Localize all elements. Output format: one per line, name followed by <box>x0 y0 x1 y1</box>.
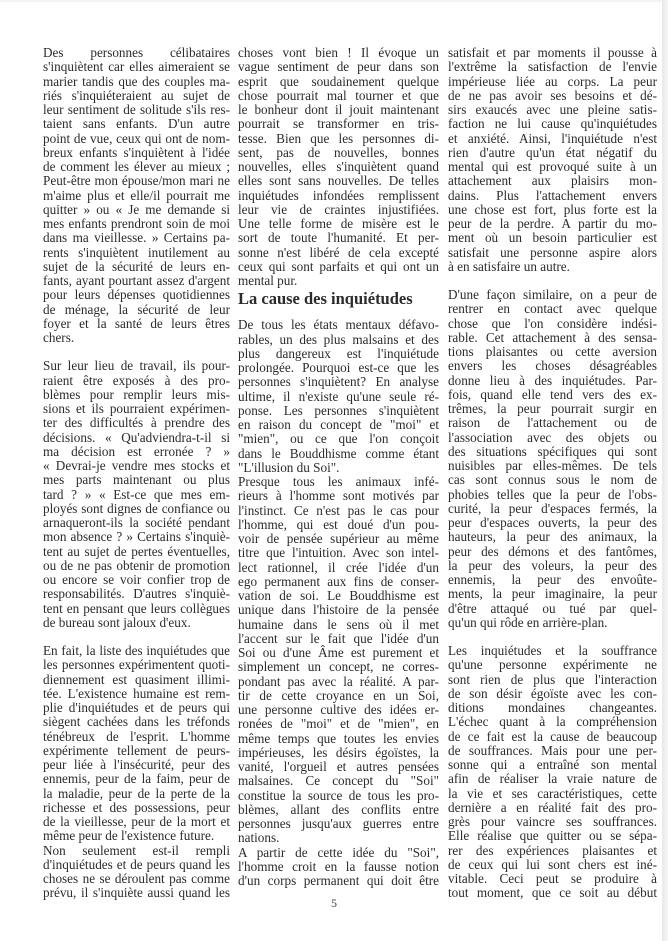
text-line: vague sentiment de peur dans son <box>238 60 439 74</box>
text-line: la vie et ses caractéristiques, cette <box>448 787 657 801</box>
text-line: vitable. Ceci peut se produire à <box>448 872 657 886</box>
text-line: raient être exposés à des pro- <box>43 374 230 388</box>
text-line: le bonheur dont il jouit maintenant <box>238 103 439 117</box>
text-line: ou encore se voir confier trop de <box>43 573 230 587</box>
text-line: ma décision est erronée ? » <box>43 445 230 459</box>
text-line: même temps que toutes les envies <box>238 732 439 746</box>
paragraph-spacer <box>448 274 657 288</box>
text-line: pour leurs dépenses quotidiennes <box>43 288 230 302</box>
text-line: arnaqueront-ils la société pendant <box>43 516 230 530</box>
text-line: chose pourrait mal tourner et que <box>238 89 439 103</box>
text-line: En fait, la liste des inquiétudes que <box>43 644 230 658</box>
text-line: Soi ou d'une Âme est purement et <box>238 646 439 660</box>
text-line: phobies telles que la peur de l'obs- <box>448 488 657 502</box>
text-line: prolongée. Pourquoi est-ce que les <box>238 361 439 375</box>
text-line: à en satisfaire un autre. <box>448 260 657 274</box>
text-line: mes parts maintenant ou plus <box>43 473 230 487</box>
text-line: A partir de cette idée du "Soi", <box>238 846 439 860</box>
text-line: breux enfants s'inquiètent à l'idée <box>43 146 230 160</box>
text-line: la peur des voleurs, la peur des <box>448 559 657 573</box>
text-line: Sur leur lieu de travail, ils pour- <box>43 359 230 373</box>
text-line: choses ne se déroulent pas comme <box>43 872 230 886</box>
text-line: tée. L'existence humaine est rem- <box>43 687 230 701</box>
text-line: fants, ayant pourtant assez d'argent <box>43 274 230 288</box>
text-line: blèmes pour remplir leurs mis- <box>43 388 230 402</box>
paragraph: Sur leur lieu de travail, ils pour-raien… <box>43 359 230 630</box>
text-line: point de vue, ceux qui ont de nom- <box>43 132 230 146</box>
text-line: la maladie, peur de la perte de la <box>43 787 230 801</box>
text-line: rieurs à l'homme sont motivés par <box>238 489 439 503</box>
text-line: en raison du concept de "moi" et <box>238 418 439 432</box>
text-line: expérimente tellement de peurs- <box>43 744 230 758</box>
text-line: les personnes expérimentent quoti- <box>43 658 230 672</box>
text-line: unique dans l'histoire de la pensée <box>238 603 439 617</box>
text-line: peur d'espaces ouverts, la peur des <box>448 516 657 530</box>
text-line: tesse. Bien que les personnes di- <box>238 132 439 146</box>
text-line: choses vont bien ! Il évoque un <box>238 46 439 60</box>
page-number: 5 <box>0 896 668 911</box>
text-line: ceux qui sont parfaits et qui ont un <box>238 260 439 274</box>
text-line: s'inquiètent car elles aimeraient se <box>43 60 230 74</box>
text-line: mon absence ? » Certains s'inquiè- <box>43 530 230 544</box>
text-line: ennemis, la peur des envoûte- <box>448 573 657 587</box>
text-line: nations. <box>238 831 439 845</box>
text-line: Elle réalise que quitter ou se sépa- <box>448 829 657 843</box>
text-line: De tous les états mentaux défavo- <box>238 318 439 332</box>
page-right-edge <box>662 0 668 941</box>
paragraph: satisfait et par moments il pousse àl'ex… <box>448 46 657 274</box>
text-line: taient sans enfants. D'un autre <box>43 117 230 131</box>
text-line: peur des démons et des fantômes, <box>448 545 657 559</box>
text-line: d'être attaqué ou tué par quel- <box>448 602 657 616</box>
text-line: mes enfants prendront soin de moi <box>43 217 230 231</box>
text-line: chers. <box>43 331 230 345</box>
paragraph: Les inquiétudes et la souffrancequ'une p… <box>448 644 657 901</box>
text-line: d'inquiétudes et de peurs quand les <box>43 858 230 872</box>
text-line: titre que l'intuition. Avec son intel- <box>238 546 439 560</box>
text-line: peur de la perdre. A partir du mo- <box>448 217 657 231</box>
paragraph-spacer <box>448 630 657 644</box>
text-line: leur sentiment de solitude s'ils res- <box>43 103 230 117</box>
text-line: elles sont sans nouvelles. De telles <box>238 174 439 188</box>
text-line: une chose est fort, plus forte est la <box>448 203 657 217</box>
text-line: Des personnes célibataires <box>43 46 230 60</box>
text-line: « Devrai-je vendre mes stocks et <box>43 459 230 473</box>
text-column-3: satisfait et par moments il pousse àl'ex… <box>448 46 657 901</box>
text-line: envers les choses désagréables <box>448 359 657 373</box>
text-line: dans le Bouddhisme comme étant <box>238 447 439 461</box>
text-line: rables, un des plus malsains et des <box>238 333 439 347</box>
text-line: nuisibles par elles-mêmes. De tels <box>448 459 657 473</box>
text-line: de ménage, la sécurité de leur <box>43 303 230 317</box>
text-line: pourrait se transformer en tris- <box>238 117 439 131</box>
text-line: l'homme croit en la fausse notion <box>238 860 439 874</box>
text-line: personnes jusqu'aux guerres entre <box>238 817 439 831</box>
text-line: de ce fait est la cause de beaucoup <box>448 730 657 744</box>
text-line: lect rationnel, il crée l'idée d'un <box>238 561 439 575</box>
text-line: ronées de "moi" et de "mien", en <box>238 717 439 731</box>
text-line: ments, la peur imaginaire, la peur <box>448 587 657 601</box>
text-line: et anxiété. Ainsi, l'inquiétude n'est <box>448 132 657 146</box>
text-line: ego permanent aux fins de conser- <box>238 575 439 589</box>
text-line: l'homme, qui est doué d'un pou- <box>238 518 439 532</box>
text-line: ment où un besoin particulier est <box>448 231 657 245</box>
text-line: tent au sujet de pertes éventuelles, <box>43 545 230 559</box>
paragraph: En fait, la liste des inquiétudes queles… <box>43 644 230 844</box>
paragraph-spacer <box>43 630 230 644</box>
text-line: pondant pas avec la réalité. A par- <box>238 675 439 689</box>
text-line: vanité, l'orgueil et autres pensées <box>238 760 439 774</box>
text-line: de souffrances. Mais pour une per- <box>448 744 657 758</box>
text-line: responsabilités. D'autres s'inquiè- <box>43 587 230 601</box>
text-line: qu'une personne expérimente ne <box>448 658 657 672</box>
text-line: peur liée à l'insécurité, peur des <box>43 758 230 772</box>
paragraph: choses vont bien ! Il évoque unvague sen… <box>238 46 439 288</box>
text-line: de comment les élever au mieux ; <box>43 160 230 174</box>
page-top-edge <box>0 0 662 2</box>
paragraph: Des personnes célibatairess'inquiètent c… <box>43 46 230 345</box>
text-line: D'une façon similaire, on a peur de <box>448 288 657 302</box>
text-line: rable. Cet attachement à des sensa- <box>448 331 657 345</box>
text-line: rentrer en contact avec quelque <box>448 302 657 316</box>
text-line: tard ? » « Est-ce que mes em- <box>43 488 230 502</box>
text-line: Une telle forme de misère est le <box>238 217 439 231</box>
text-line: "mien", ou ce que l'on conçoit <box>238 432 439 446</box>
text-line: constitue la source de tous les pro- <box>238 789 439 803</box>
text-line: de bureau sont jaloux d'eux. <box>43 616 230 630</box>
paragraph-spacer <box>43 345 230 359</box>
text-line: chose que l'on considère indési- <box>448 317 657 331</box>
text-line: une personne cultive des idées er- <box>238 703 439 717</box>
text-line: Peut-être mon épouse/mon mari ne <box>43 174 230 188</box>
text-line: ployés sont dignes de confiance ou <box>43 502 230 516</box>
text-line: sort de toute l'humanité. Et per- <box>238 231 439 245</box>
text-line: personnes s'inquiètent? En analyse <box>238 375 439 389</box>
text-line: décisions. « Qu'adviendra-t-il si <box>43 431 230 445</box>
text-line: riés s'inquiéteraient au sujet de <box>43 89 230 103</box>
paragraph: Non seulement est-il remplid'inquiétudes… <box>43 844 230 901</box>
text-line: malsaines. Ce concept du "Soi" <box>238 774 439 788</box>
text-line: sont rien de plus que l'interaction <box>448 673 657 687</box>
text-line: diennement est quasiment illimi- <box>43 673 230 687</box>
text-line: simplement un concept, ne corres- <box>238 660 439 674</box>
text-line: satisfait et par moments il pousse à <box>448 46 657 60</box>
text-line: raison de l'attachement ou de <box>448 416 657 430</box>
text-line: hauteurs, la peur des animaux, la <box>448 530 657 544</box>
text-line: "L'illusion du Soi". <box>238 461 439 475</box>
text-line: trêmes, la peur pourrait surgir en <box>448 402 657 416</box>
text-line: de la vieillesse, peur de la mort et <box>43 815 230 829</box>
text-line: sonne qui a entraîné son mental <box>448 758 657 772</box>
text-line: richesse et des possessions, peur <box>43 801 230 815</box>
text-line: de son désir égoïste avec les con- <box>448 687 657 701</box>
text-line: attachement aux plaisirs mon- <box>448 174 657 188</box>
text-line: rents s'inquiètent inutilement au <box>43 246 230 260</box>
text-line: vation de soi. Le Bouddhisme est <box>238 589 439 603</box>
text-line: plus dangereux est l'inquiétude <box>238 347 439 361</box>
text-line: des situations spécifiques qui sont <box>448 445 657 459</box>
text-line: Les inquiétudes et la souffrance <box>448 644 657 658</box>
text-line: nouvelles, elles s'inquiètent quand <box>238 160 439 174</box>
paragraph: A partir de cette idée du "Soi",l'homme … <box>238 846 439 889</box>
text-line: esprit que soudainement quelque <box>238 75 439 89</box>
text-line: Non seulement est-il rempli <box>43 844 230 858</box>
text-line: ténébreux de l'esprit. L'homme <box>43 730 230 744</box>
text-column-1: Des personnes célibatairess'inquiètent c… <box>43 46 230 901</box>
text-line: sions et ils pourraient expérimen- <box>43 402 230 416</box>
text-line: même peur de l'existence future. <box>43 829 230 843</box>
text-line: ou de ne pas obtenir de promotion <box>43 559 230 573</box>
text-line: de ceux qui lui sont chers est iné- <box>448 858 657 872</box>
text-line: ultime, il n'existe qu'une seule ré- <box>238 390 439 404</box>
paragraph: D'une façon similaire, on a peur derentr… <box>448 288 657 630</box>
text-line: L'échec quant à la compréhension <box>448 715 657 729</box>
text-line: rer des expériences plaisantes et <box>448 844 657 858</box>
text-line: l'accent sur le fait que l'idée d'un <box>238 632 439 646</box>
text-line: satisfait une personne aspire alors <box>448 246 657 260</box>
text-line: qu'un qui rôde en arrière-plan. <box>448 616 657 630</box>
text-line: mental pur. <box>238 274 439 288</box>
text-line: sonne n'est libéré de cela excepté <box>238 246 439 260</box>
text-line: voir de pensée supérieur au même <box>238 532 439 546</box>
text-line: mental qui est provoqué suite à un <box>448 160 657 174</box>
text-line: l'extrême la satisfaction de l'envie <box>448 60 657 74</box>
text-line: sent, pas de nouvelles, bonnes <box>238 146 439 160</box>
text-line: marier tandis que des couples ma- <box>43 75 230 89</box>
text-line: foyer et la santé de leurs êtres <box>43 317 230 331</box>
text-line: grès pour vaincre ses souffrances. <box>448 815 657 829</box>
text-line: impérieuse liée au corps. La peur <box>448 75 657 89</box>
text-line: impérieuses, les désirs égoïstes, la <box>238 746 439 760</box>
text-line: l'association avec des objets ou <box>448 431 657 445</box>
text-line: faction ne lui cause qu'inquiétudes <box>448 117 657 131</box>
text-line: ennemis, peur de la faim, peur de <box>43 772 230 786</box>
text-line: donne lieu à des inquiétudes. Par- <box>448 374 657 388</box>
section-heading: La cause des inquiétudes <box>238 289 439 309</box>
paragraph: De tous les états mentaux défavo-rables,… <box>238 318 439 475</box>
text-column-2: choses vont bien ! Il évoque unvague sen… <box>238 46 439 888</box>
text-line: dains. Plus l'attachement envers <box>448 189 657 203</box>
text-line: rien d'autre qu'un état négatif du <box>448 146 657 160</box>
text-line: Presque tous les animaux infé- <box>238 475 439 489</box>
text-line: ter des difficultés à prendre des <box>43 416 230 430</box>
text-line: humaine dans le sens où il met <box>238 618 439 632</box>
text-line: plie d'inquiétudes et de peurs qui <box>43 701 230 715</box>
text-line: de ne pas avoir ses besoins et dé- <box>448 89 657 103</box>
text-line: ditions mondaines changeantes. <box>448 701 657 715</box>
text-line: cas sont connus sous le nom de <box>448 473 657 487</box>
text-line: sujet de la sécurité de leurs en- <box>43 260 230 274</box>
text-line: tent en pensant que leurs collègues <box>43 602 230 616</box>
text-line: d'un corps permanent qui doit être <box>238 874 439 888</box>
text-line: quitter » ou « Je me demande si <box>43 203 230 217</box>
text-line: afin de réaliser la vraie nature de <box>448 772 657 786</box>
text-line: inquiétudes infondées remplissent <box>238 189 439 203</box>
text-line: l'instinct. Ce n'est pas le cas pour <box>238 504 439 518</box>
text-line: tions plaisantes ou cette aversion <box>448 345 657 359</box>
text-line: ponse. Les personnes s'inquiètent <box>238 404 439 418</box>
text-line: curité, la peur d'espaces fermés, la <box>448 502 657 516</box>
text-line: sirs exaucés avec une pleine satis- <box>448 103 657 117</box>
text-line: blèmes, allant des conflits entre <box>238 803 439 817</box>
text-line: dans ma vieillesse. » Certains pa- <box>43 231 230 245</box>
text-line: fois, quand elle tend vers des ex- <box>448 388 657 402</box>
text-line: siègent cachées dans les tréfonds <box>43 715 230 729</box>
text-line: dernière a en réalité fait des pro- <box>448 801 657 815</box>
text-line: tir de cette croyance en un Soi, <box>238 689 439 703</box>
paragraph: Presque tous les animaux infé-rieurs à l… <box>238 475 439 846</box>
text-line: m'aime plus et elle/il pourrait me <box>43 189 230 203</box>
text-line: leur vie de craintes injustifiées. <box>238 203 439 217</box>
